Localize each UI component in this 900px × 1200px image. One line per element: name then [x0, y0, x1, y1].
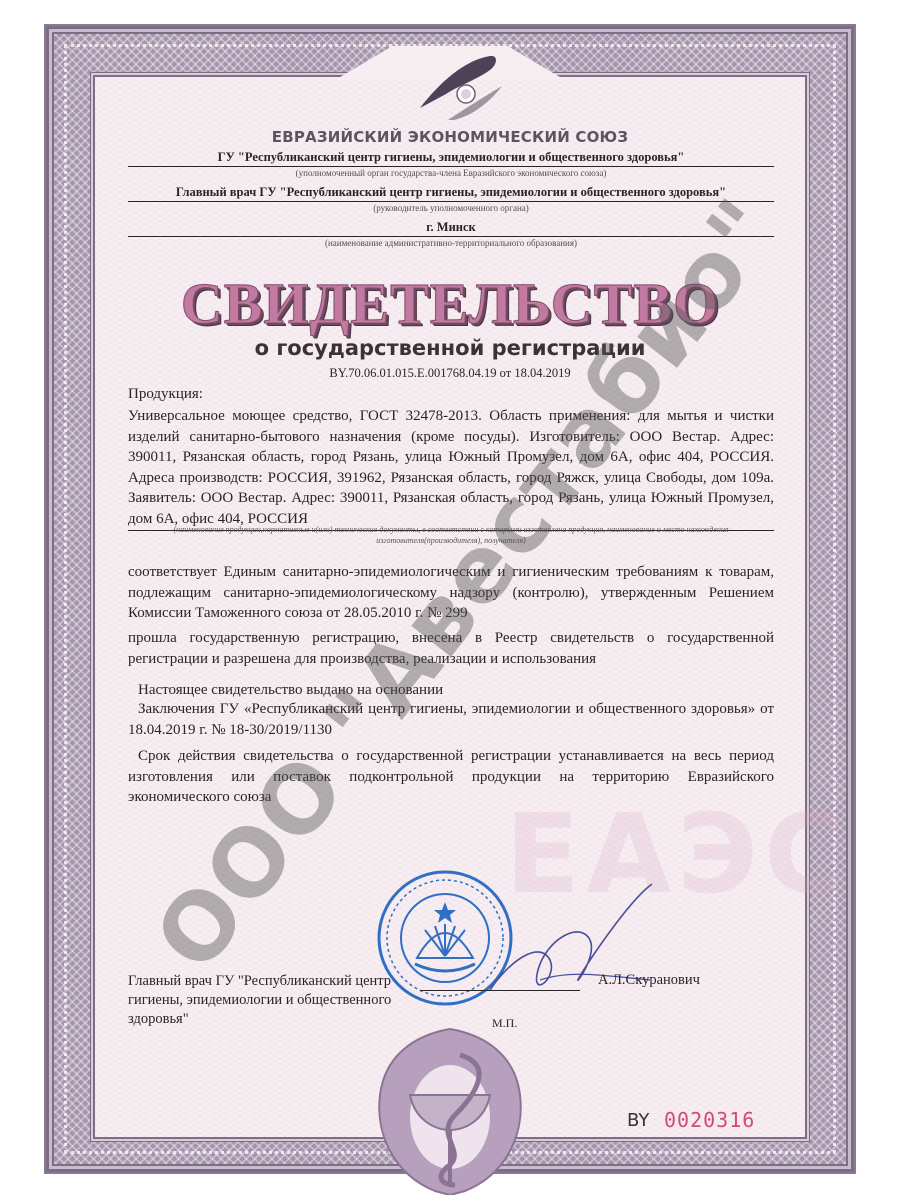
bowl-of-hygieia-icon: [365, 1025, 535, 1195]
product-description: Универсальное моющее средство, ГОСТ 3247…: [128, 406, 774, 531]
head-name: Главный врач ГУ "Республиканский центр г…: [128, 185, 774, 202]
certificate-title: СВИДЕТЕЛЬСТВО: [0, 270, 900, 337]
signatory-name: А.Л.Скуранович: [598, 972, 700, 989]
authority-caption: (уполномоченный орган государства-члена …: [128, 168, 774, 178]
product-caption: (наименование продукции,нормативные и(ил…: [128, 524, 774, 546]
compliance-text: соответствует Единым санитарно-эпидемиол…: [128, 562, 774, 624]
serial-number: 0020316: [664, 1108, 755, 1132]
registration-text: прошла государственную регистрацию, внес…: [128, 628, 774, 669]
certificate-subtitle: о государственной регистрации: [0, 336, 900, 360]
city-caption: (наименование административно-территориа…: [128, 238, 774, 248]
basis-line-1: Настоящее свидетельство выдано на основа…: [128, 680, 774, 701]
city-name: г. Минск: [128, 220, 774, 237]
signatory-title: Главный врач ГУ "Республиканский центр г…: [128, 972, 391, 1029]
signatory-title-line-3: здоровья": [128, 1010, 391, 1029]
head-caption: (руководитель уполномоченного органа): [128, 203, 774, 213]
signatory-title-line-2: гигиены, эпидемиологии и общественного: [128, 991, 391, 1010]
product-label: Продукция:: [128, 386, 203, 403]
union-name: ЕВРАЗИЙСКИЙ ЭКОНОМИЧЕСКИЙ СОЮЗ: [0, 128, 900, 146]
signatory-title-line-1: Главный врач ГУ "Республиканский центр: [128, 972, 391, 991]
authority-name: ГУ "Республиканский центр гигиены, эпиде…: [128, 150, 774, 167]
registration-number: BY.70.06.01.015.E.001768.04.19 от 18.04.…: [0, 366, 900, 381]
signature-line: [420, 990, 580, 991]
basis-line-2: Заключения ГУ «Республиканский центр гиг…: [128, 699, 774, 740]
eaeu-logo-icon: [410, 42, 510, 122]
head-block: Главный врач ГУ "Республиканский центр г…: [128, 185, 774, 213]
city-block: г. Минск (наименование административно-т…: [128, 220, 774, 248]
authority-block: ГУ "Республиканский центр гигиены, эпиде…: [128, 150, 774, 178]
serial-prefix: BY: [627, 1110, 649, 1131]
